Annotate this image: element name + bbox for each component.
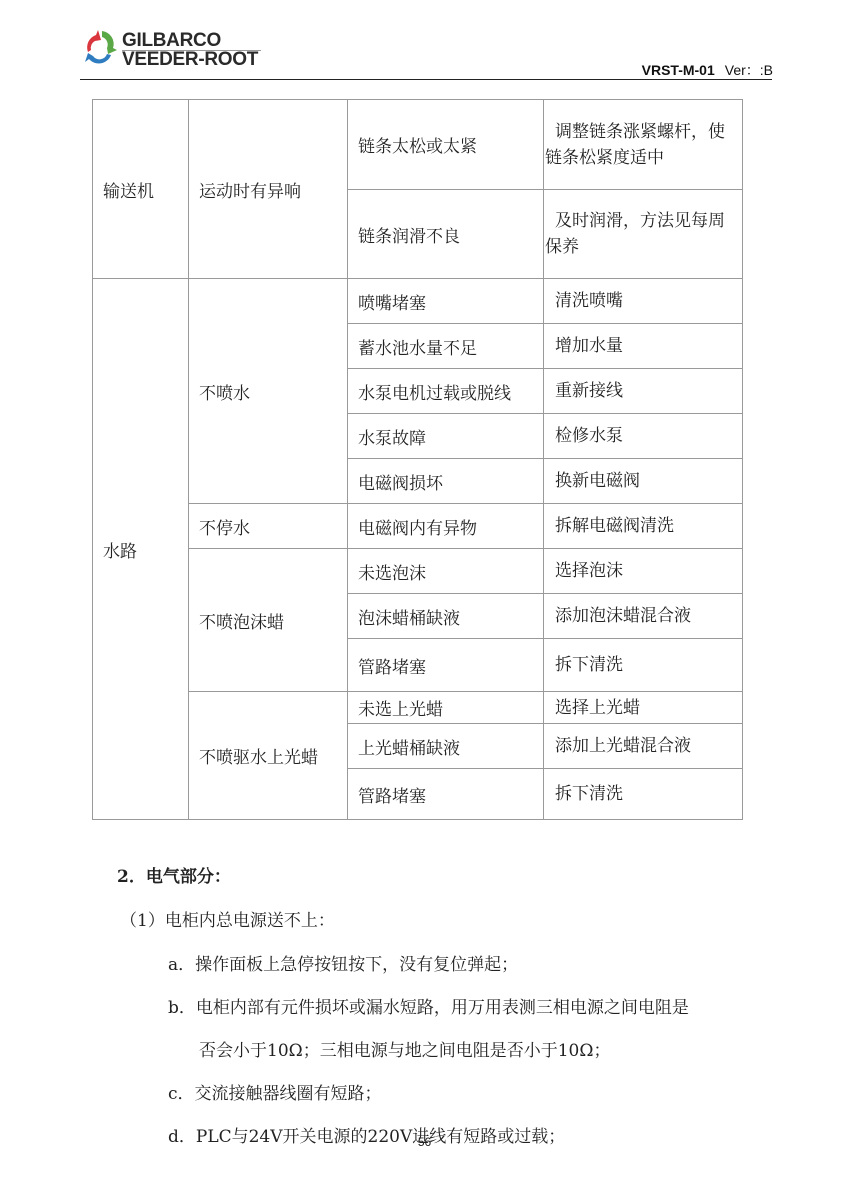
cell-cause: 泡沫蜡桶缺液 <box>348 594 544 639</box>
cell-cause: 水泵故障 <box>348 414 544 459</box>
cell-symptom: 不停水 <box>189 504 348 549</box>
page-number: 56 <box>0 1135 849 1149</box>
table-row: 不停水 电磁阀内有异物 拆解电磁阀清洗 <box>93 504 743 549</box>
cell-symptom: 不喷泡沫蜡 <box>189 549 348 692</box>
cell-remedy: 添加泡沫蜡混合液 <box>544 594 743 639</box>
cell-cause: 水泵电机过载或脱线 <box>348 369 544 414</box>
cell-cause: 链条润滑不良 <box>348 190 544 279</box>
doc-version: Ver：:B <box>725 62 773 78</box>
cell-remedy: 检修水泵 <box>544 414 743 459</box>
cell-remedy: 重新接线 <box>544 369 743 414</box>
table-row: 输送机 运动时有异响 链条太松或太紧 调整链条涨紧螺杆，使链条松紧度适中 <box>93 100 743 190</box>
cell-category: 输送机 <box>93 100 189 279</box>
document-id: VRST-M-01Ver：:B <box>642 60 773 80</box>
list-item: c．交流接触器线圈有短路； <box>168 1079 382 1104</box>
cell-remedy: 调整链条涨紧螺杆，使链条松紧度适中 <box>544 100 743 190</box>
cell-remedy: 选择泡沫 <box>544 549 743 594</box>
cell-remedy: 拆下清洗 <box>544 639 743 692</box>
cell-cause: 蓄水池水量不足 <box>348 324 544 369</box>
cell-remedy: 增加水量 <box>544 324 743 369</box>
cell-cause: 管路堵塞 <box>348 639 544 692</box>
logo-wordmark: GILBARCO VEEDER-ROOT <box>122 32 261 69</box>
table-row: 水路 不喷水 喷嘴堵塞 清洗喷嘴 <box>93 279 743 324</box>
company-logo: GILBARCO VEEDER-ROOT <box>82 28 282 76</box>
logo-line2: VEEDER-ROOT <box>122 51 261 69</box>
cell-category: 水路 <box>93 279 189 820</box>
cell-cause: 管路堵塞 <box>348 769 544 820</box>
cell-cause: 上光蜡桶缺液 <box>348 724 544 769</box>
list-item: b．电柜内部有元件损坏或漏水短路，用万用表测三相电源之间电阻是 <box>168 993 689 1018</box>
cell-cause: 未选泡沫 <box>348 549 544 594</box>
cell-cause: 电磁阀损坏 <box>348 459 544 504</box>
cell-cause: 链条太松或太紧 <box>348 100 544 190</box>
cell-symptom: 运动时有异响 <box>189 100 348 279</box>
cell-cause: 喷嘴堵塞 <box>348 279 544 324</box>
subsection-title: （1）电柜内总电源送不上： <box>120 906 335 931</box>
cell-symptom: 不喷水 <box>189 279 348 504</box>
list-item-continuation: 否会小于10Ω；三相电源与地之间电阻是否小于10Ω； <box>199 1036 610 1061</box>
page-header: GILBARCO VEEDER-ROOT VRST-M-01Ver：:B <box>0 0 849 82</box>
table-row: 不喷驱水上光蜡 未选上光蜡 选择上光蜡 <box>93 692 743 724</box>
cell-remedy: 添加上光蜡混合液 <box>544 724 743 769</box>
cell-cause: 未选上光蜡 <box>348 692 544 724</box>
list-item: a．操作面板上急停按钮按下，没有复位弹起； <box>168 950 518 975</box>
troubleshooting-table: 输送机 运动时有异响 链条太松或太紧 调整链条涨紧螺杆，使链条松紧度适中 链条润… <box>92 99 743 820</box>
cell-remedy: 选择上光蜡 <box>544 692 743 724</box>
cell-remedy: 拆解电磁阀清洗 <box>544 504 743 549</box>
logo-ring-icon <box>82 28 118 68</box>
doc-code: VRST-M-01 <box>642 62 715 78</box>
cell-symptom: 不喷驱水上光蜡 <box>189 692 348 820</box>
section-title: 2．电气部分： <box>117 862 231 887</box>
cell-remedy: 拆下清洗 <box>544 769 743 820</box>
header-rule <box>80 79 772 80</box>
cell-cause: 电磁阀内有异物 <box>348 504 544 549</box>
cell-remedy: 换新电磁阀 <box>544 459 743 504</box>
cell-remedy: 清洗喷嘴 <box>544 279 743 324</box>
table-row: 不喷泡沫蜡 未选泡沫 选择泡沫 <box>93 549 743 594</box>
cell-remedy: 及时润滑，方法见每周保养 <box>544 190 743 279</box>
